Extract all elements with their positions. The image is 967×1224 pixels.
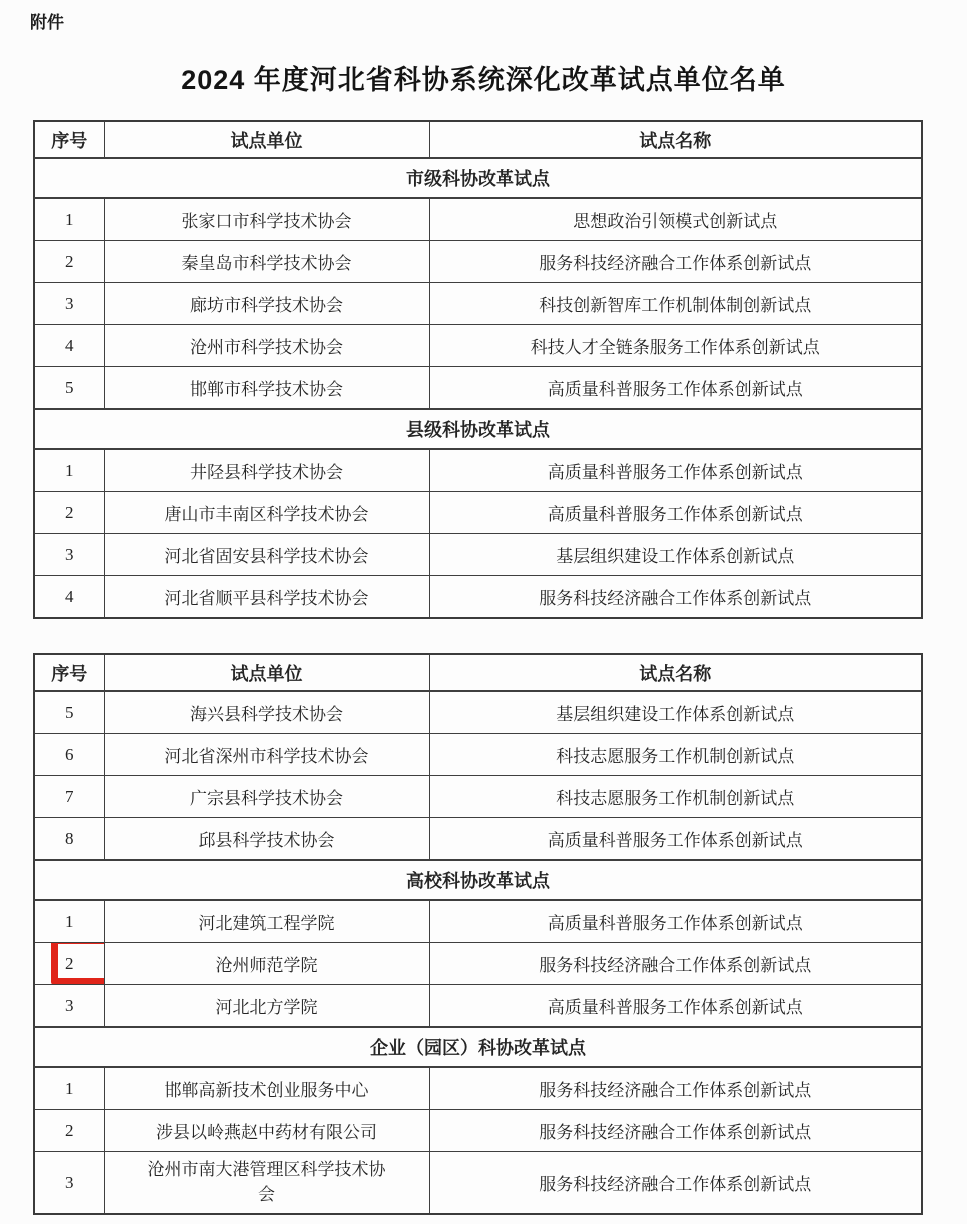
cell-name: 思想政治引领模式创新试点 (429, 198, 922, 241)
table-row: 5 海兴县科学技术协会 基层组织建设工作体系创新试点 (34, 691, 922, 734)
highlighted-table-row: 2 沧州师范学院 服务科技经济融合工作体系创新试点 (34, 943, 922, 985)
cell-unit: 沧州市科学技术协会 (104, 325, 429, 367)
table-row: 1 河北建筑工程学院 高质量科普服务工作体系创新试点 (34, 900, 922, 943)
cell-name: 服务科技经济融合工作体系创新试点 (429, 1067, 922, 1110)
section-header-row: 高校科协改革试点 (34, 860, 922, 900)
pilot-table-2: 序号 试点单位 试点名称 5 海兴县科学技术协会 基层组织建设工作体系创新试点 … (33, 653, 923, 1215)
cell-unit: 河北省固安县科学技术协会 (104, 534, 429, 576)
cell-name: 高质量科普服务工作体系创新试点 (429, 449, 922, 492)
table-row: 3 河北北方学院 高质量科普服务工作体系创新试点 (34, 985, 922, 1028)
table-row: 4 河北省顺平县科学技术协会 服务科技经济融合工作体系创新试点 (34, 576, 922, 619)
cell-unit: 河北北方学院 (104, 985, 429, 1028)
cell-no: 1 (34, 900, 104, 943)
cell-no: 5 (34, 367, 104, 410)
col-header-no: 序号 (34, 121, 104, 158)
cell-name: 服务科技经济融合工作体系创新试点 (429, 943, 922, 985)
cell-unit: 唐山市丰南区科学技术协会 (104, 492, 429, 534)
section-header-row: 市级科协改革试点 (34, 158, 922, 198)
section-header-county: 县级科协改革试点 (34, 409, 922, 449)
cell-unit: 广宗县科学技术协会 (104, 776, 429, 818)
table-row: 1 邯郸高新技术创业服务中心 服务科技经济融合工作体系创新试点 (34, 1067, 922, 1110)
cell-name: 服务科技经济融合工作体系创新试点 (429, 1110, 922, 1152)
table-row: 4 沧州市科学技术协会 科技人才全链条服务工作体系创新试点 (34, 325, 922, 367)
col-header-no: 序号 (34, 654, 104, 691)
table-row: 2 涉县以岭燕赵中药材有限公司 服务科技经济融合工作体系创新试点 (34, 1110, 922, 1152)
table-row: 6 河北省深州市科学技术协会 科技志愿服务工作机制创新试点 (34, 734, 922, 776)
cell-no: 2 (34, 241, 104, 283)
cell-no: 4 (34, 576, 104, 619)
cell-unit: 邯郸高新技术创业服务中心 (104, 1067, 429, 1110)
table-row: 1 张家口市科学技术协会 思想政治引领模式创新试点 (34, 198, 922, 241)
cell-no: 4 (34, 325, 104, 367)
cell-unit: 廊坊市科学技术协会 (104, 283, 429, 325)
cell-name: 高质量科普服务工作体系创新试点 (429, 367, 922, 410)
cell-no: 8 (34, 818, 104, 861)
cell-no: 3 (34, 283, 104, 325)
cell-no: 5 (34, 691, 104, 734)
cell-no: 2 (34, 1110, 104, 1152)
cell-unit: 海兴县科学技术协会 (104, 691, 429, 734)
col-header-unit: 试点单位 (104, 654, 429, 691)
cell-no: 2 (34, 492, 104, 534)
section-header-enterprise: 企业（园区）科协改革试点 (34, 1027, 922, 1067)
cell-name: 高质量科普服务工作体系创新试点 (429, 900, 922, 943)
cell-unit: 沧州市南大港管理区科学技术协会 (104, 1152, 429, 1215)
section-header-municipal: 市级科协改革试点 (34, 158, 922, 198)
cell-name: 科技志愿服务工作机制创新试点 (429, 734, 922, 776)
cell-name: 服务科技经济融合工作体系创新试点 (429, 576, 922, 619)
cell-no: 2 (34, 943, 104, 985)
cell-unit: 河北省顺平县科学技术协会 (104, 576, 429, 619)
cell-unit: 河北建筑工程学院 (104, 900, 429, 943)
cell-no: 3 (34, 1152, 104, 1215)
attachment-label: 附件 (30, 8, 64, 33)
cell-name: 科技志愿服务工作机制创新试点 (429, 776, 922, 818)
table-row: 1 井陉县科学技术协会 高质量科普服务工作体系创新试点 (34, 449, 922, 492)
pilot-table-1: 序号 试点单位 试点名称 市级科协改革试点 1 张家口市科学技术协会 思想政治引… (33, 120, 923, 619)
cell-unit: 河北省深州市科学技术协会 (104, 734, 429, 776)
cell-no: 6 (34, 734, 104, 776)
pilot-table-1-grid: 序号 试点单位 试点名称 市级科协改革试点 1 张家口市科学技术协会 思想政治引… (33, 120, 923, 619)
cell-name: 科技创新智库工作机制体制创新试点 (429, 283, 922, 325)
col-header-unit: 试点单位 (104, 121, 429, 158)
table-row: 8 邱县科学技术协会 高质量科普服务工作体系创新试点 (34, 818, 922, 861)
cell-name: 高质量科普服务工作体系创新试点 (429, 492, 922, 534)
pilot-table-2-grid: 序号 试点单位 试点名称 5 海兴县科学技术协会 基层组织建设工作体系创新试点 … (33, 653, 923, 1215)
table-header-row: 序号 试点单位 试点名称 (34, 121, 922, 158)
table-row: 3 廊坊市科学技术协会 科技创新智库工作机制体制创新试点 (34, 283, 922, 325)
document-page: 附件 2024 年度河北省科协系统深化改革试点单位名单 序号 试点单位 试点名称… (0, 0, 967, 1224)
section-header-row: 企业（园区）科协改革试点 (34, 1027, 922, 1067)
cell-unit: 邯郸市科学技术协会 (104, 367, 429, 410)
table-row: 5 邯郸市科学技术协会 高质量科普服务工作体系创新试点 (34, 367, 922, 410)
cell-unit: 沧州师范学院 (104, 943, 429, 985)
table-row: 3 河北省固安县科学技术协会 基层组织建设工作体系创新试点 (34, 534, 922, 576)
table-header-row: 序号 试点单位 试点名称 (34, 654, 922, 691)
cell-unit: 井陉县科学技术协会 (104, 449, 429, 492)
cell-no: 7 (34, 776, 104, 818)
table-row: 3 沧州市南大港管理区科学技术协会 服务科技经济融合工作体系创新试点 (34, 1152, 922, 1215)
table-row: 7 广宗县科学技术协会 科技志愿服务工作机制创新试点 (34, 776, 922, 818)
section-header-university: 高校科协改革试点 (34, 860, 922, 900)
cell-unit: 秦皇岛市科学技术协会 (104, 241, 429, 283)
cell-name: 基层组织建设工作体系创新试点 (429, 534, 922, 576)
cell-name: 高质量科普服务工作体系创新试点 (429, 985, 922, 1028)
section-header-row: 县级科协改革试点 (34, 409, 922, 449)
cell-unit: 涉县以岭燕赵中药材有限公司 (104, 1110, 429, 1152)
cell-unit: 邱县科学技术协会 (104, 818, 429, 861)
cell-no: 3 (34, 985, 104, 1028)
cell-no: 1 (34, 1067, 104, 1110)
col-header-name: 试点名称 (429, 654, 922, 691)
highlight-box (51, 943, 104, 985)
cell-no: 3 (34, 534, 104, 576)
cell-name: 服务科技经济融合工作体系创新试点 (429, 1152, 922, 1215)
cell-no: 1 (34, 198, 104, 241)
table-row: 2 秦皇岛市科学技术协会 服务科技经济融合工作体系创新试点 (34, 241, 922, 283)
cell-name: 服务科技经济融合工作体系创新试点 (429, 241, 922, 283)
cell-name: 高质量科普服务工作体系创新试点 (429, 818, 922, 861)
col-header-name: 试点名称 (429, 121, 922, 158)
cell-name: 基层组织建设工作体系创新试点 (429, 691, 922, 734)
table-row: 2 唐山市丰南区科学技术协会 高质量科普服务工作体系创新试点 (34, 492, 922, 534)
cell-unit: 张家口市科学技术协会 (104, 198, 429, 241)
page-title: 2024 年度河北省科协系统深化改革试点单位名单 (0, 58, 967, 97)
cell-name: 科技人才全链条服务工作体系创新试点 (429, 325, 922, 367)
cell-no: 1 (34, 449, 104, 492)
